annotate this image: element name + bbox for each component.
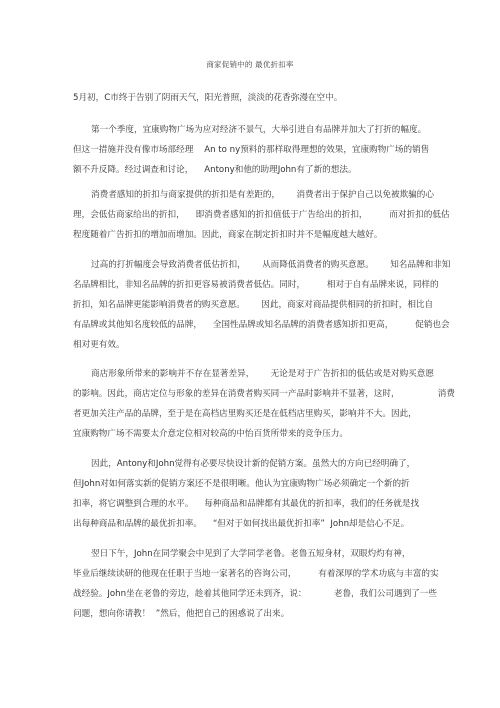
- paragraph-3-line-2: 理，会低估商家给出的折扣， 即消费者感知的折扣值低于广告给出的折扣， 而对折扣的…: [73, 210, 450, 221]
- paragraph-7-line-4: 问题，想向你请教！ ”然后，他把自己的困惑说了出来。: [73, 609, 289, 620]
- document-title: 商家促销中的 最优折扣率: [0, 60, 500, 70]
- paragraph-7-line-2: 毕业后继续读研的他现在任职于当地一家著名的咨询公司， 有着深厚的学术功底与丰富的…: [73, 569, 439, 580]
- paragraph-3-line-1: 消费者感知的折扣与商家提供的折扣是有差距的， 消费者出于保护自己以免被欺骗的心: [91, 190, 434, 201]
- paragraph-4-line-2: 名品牌相比，非知名品牌的折扣更容易被消费者低估。同时， 相对于自有品牌来说，同样…: [73, 280, 439, 291]
- paragraph-2-line-1: 第一个季度，宜康购物广场为应对经济不景气，大举引进自有品牌并加大了打折的幅度。: [91, 125, 426, 136]
- paragraph-6-line-1: 因此，Antony和John觉得有必要尽快设计新的促销方案。虽然大的方向已经明确…: [91, 459, 415, 470]
- paragraph-7-line-1: 翌日下午，John在同学聚会中见到了大学同学老鲁。老鲁五短身材，双眼灼灼有神，: [91, 549, 410, 560]
- paragraph-5-line-2: 的影响。因此，商店定位与形象的差异在消费者购买同一产品时影响并不显著，这时， 消…: [73, 389, 455, 400]
- paragraph-3-line-3: 程度随着广告折扣的增加而增加。因此，商家在制定折扣时并不是幅度越大越好。: [73, 230, 382, 241]
- paragraph-6-line-2: 但John对如何落实新的促销方案还不是很明晰。他认为宜康购物广场必须确定一个新的…: [73, 479, 410, 490]
- paragraph-5-line-3: 者更加关注产品的品牌，至于是在高档店里购买还是在低档店里购买，影响并不大。因此，: [73, 409, 417, 420]
- paragraph-4-line-4: 有品牌或其他知名度较低的品牌， 全国性品牌或知名品牌的消费者感知折扣更高， 促销…: [73, 320, 450, 331]
- paragraph-4-line-5: 相对更有效。: [73, 340, 125, 351]
- paragraph-6-line-4: 出每种商品和品牌的最优折扣率。 “但对于如何找出最优折扣率” John却是信心不…: [73, 519, 409, 530]
- paragraph-6-line-3: 扣率，将它调整到合理的水平。 每种商品和品牌都有其最优的折扣率，我们的任务就是找: [73, 499, 419, 510]
- paragraph-4-line-3: 折扣，知名品牌更能影响消费者的购买意愿。 因此，商家对商品提供相同的折扣时，相比…: [73, 300, 433, 311]
- document-page: 商家促销中的 最优折扣率 5月初，C市终于告别了阴雨天气，阳光普照，淡淡的花香弥…: [0, 0, 500, 708]
- paragraph-1-line-1: 5月初，C市终于告别了阴雨天气，阳光普照，淡淡的花香弥漫在空中。: [73, 93, 342, 104]
- paragraph-5-line-1: 商店形象所带来的影响并不存在显著差异， 无论是对于广告折扣的低估或是对购买意愿: [91, 369, 434, 380]
- paragraph-2-line-3: 额不升反降。经过调查和讨论， Antony和他的助理John有了新的想法。: [73, 165, 357, 176]
- paragraph-7-line-3: 战经验。John坐在老鲁的旁边，趁着其他同学还未到齐，说： 老鲁，我们公司遇到了…: [73, 589, 437, 600]
- paragraph-5-line-4: 宜康购物广场不需要太介意定位相对较高的中怡百货所带来的竞争压力。: [73, 429, 348, 440]
- paragraph-2-line-2: 但这一措施并没有像市场部经理 An to ny预料的那样取得理想的效果，宜康购物…: [73, 145, 429, 156]
- paragraph-4-line-1: 过高的打折幅度会导致消费者低估折扣， 从而降低消费者的购买意愿。 知名品牌和非知: [91, 260, 450, 271]
